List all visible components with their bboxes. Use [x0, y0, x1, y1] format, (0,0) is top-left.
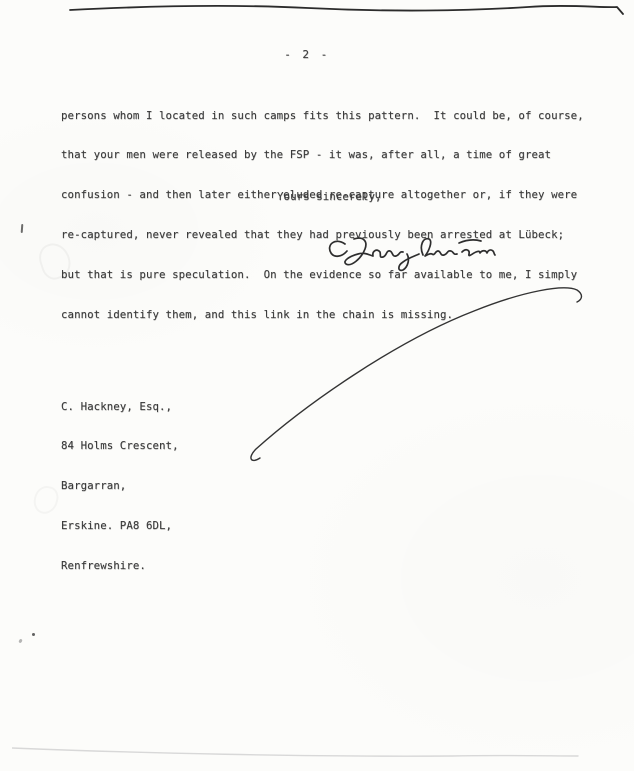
closing-salutation: Yours sincerely,: [277, 190, 382, 203]
scan-speck-light: [18, 639, 23, 644]
address-line-1: C. Hackney, Esq.,: [61, 400, 179, 413]
signature-flourish-stroke: [246, 280, 594, 466]
body-line-1: persons whom I located in such camps fit…: [61, 109, 584, 122]
scan-tick-mark: [21, 224, 24, 233]
body-line-2: that your men were released by the FSP -…: [61, 148, 584, 161]
paper-top-edge-line: [68, 2, 628, 22]
page-number: - 2 -: [0, 48, 614, 61]
paper-bottom-edge-line: [12, 744, 582, 760]
recipient-address: C. Hackney, Esq., 84 Holms Crescent, Bar…: [61, 373, 179, 599]
address-line-4: Erskine. PA8 6DL,: [61, 519, 179, 532]
scan-smudge-faint: [32, 484, 60, 516]
scanned-letter-page: - 2 - persons whom I located in such cam…: [0, 0, 634, 771]
signature-handwriting: [323, 228, 498, 280]
address-line-2: 84 Holms Crescent,: [61, 439, 179, 452]
address-line-5: Renfrewshire.: [61, 559, 179, 572]
scan-speck-dark: [32, 633, 35, 636]
address-line-3: Bargarran,: [61, 479, 179, 492]
